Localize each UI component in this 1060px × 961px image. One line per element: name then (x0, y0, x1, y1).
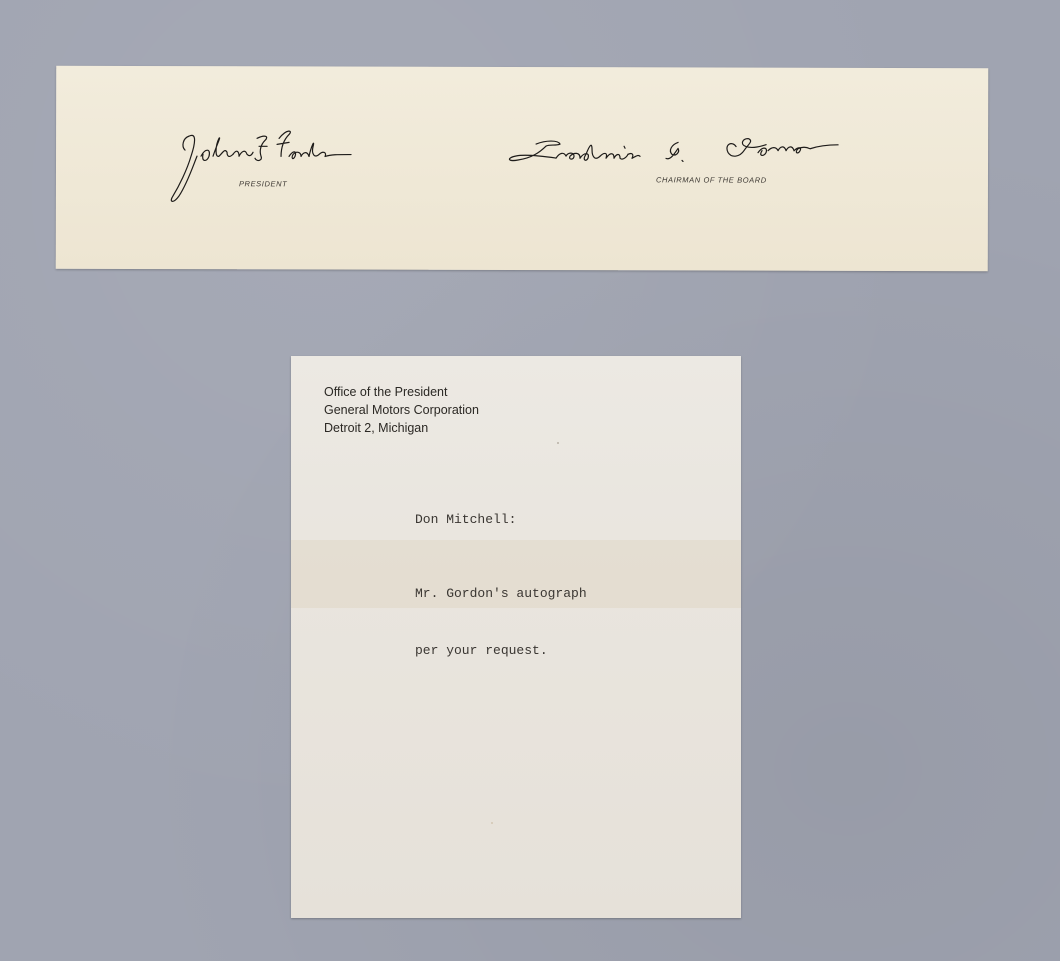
body-line-2: per your request. (415, 641, 587, 660)
signature-gordon-icon (161, 116, 401, 217)
letter-body: Mr. Gordon's autograph per your request. (415, 546, 587, 698)
signature-frederic-donner (496, 122, 916, 203)
signature-john-f-gordon (161, 116, 401, 217)
signature-strip: PRESIDENT CHAIRMAN OF THE BOARD (56, 66, 989, 271)
letterhead-line-company: General Motors Corporation (324, 401, 479, 419)
salutation: Don Mitchell: (415, 510, 516, 529)
chairman-title: CHAIRMAN OF THE BOARD (656, 175, 767, 184)
letterhead-line-address: Detroit 2, Michigan (324, 419, 479, 437)
letterhead: Office of the President General Motors C… (324, 383, 479, 437)
president-title: PRESIDENT (239, 179, 287, 188)
typed-letter: Office of the President General Motors C… (291, 356, 741, 918)
letterhead-line-office: Office of the President (324, 383, 479, 401)
signature-donner-icon (496, 122, 916, 203)
paper-speck (557, 442, 559, 444)
body-line-1: Mr. Gordon's autograph (415, 584, 587, 603)
paper-stain (491, 822, 493, 824)
